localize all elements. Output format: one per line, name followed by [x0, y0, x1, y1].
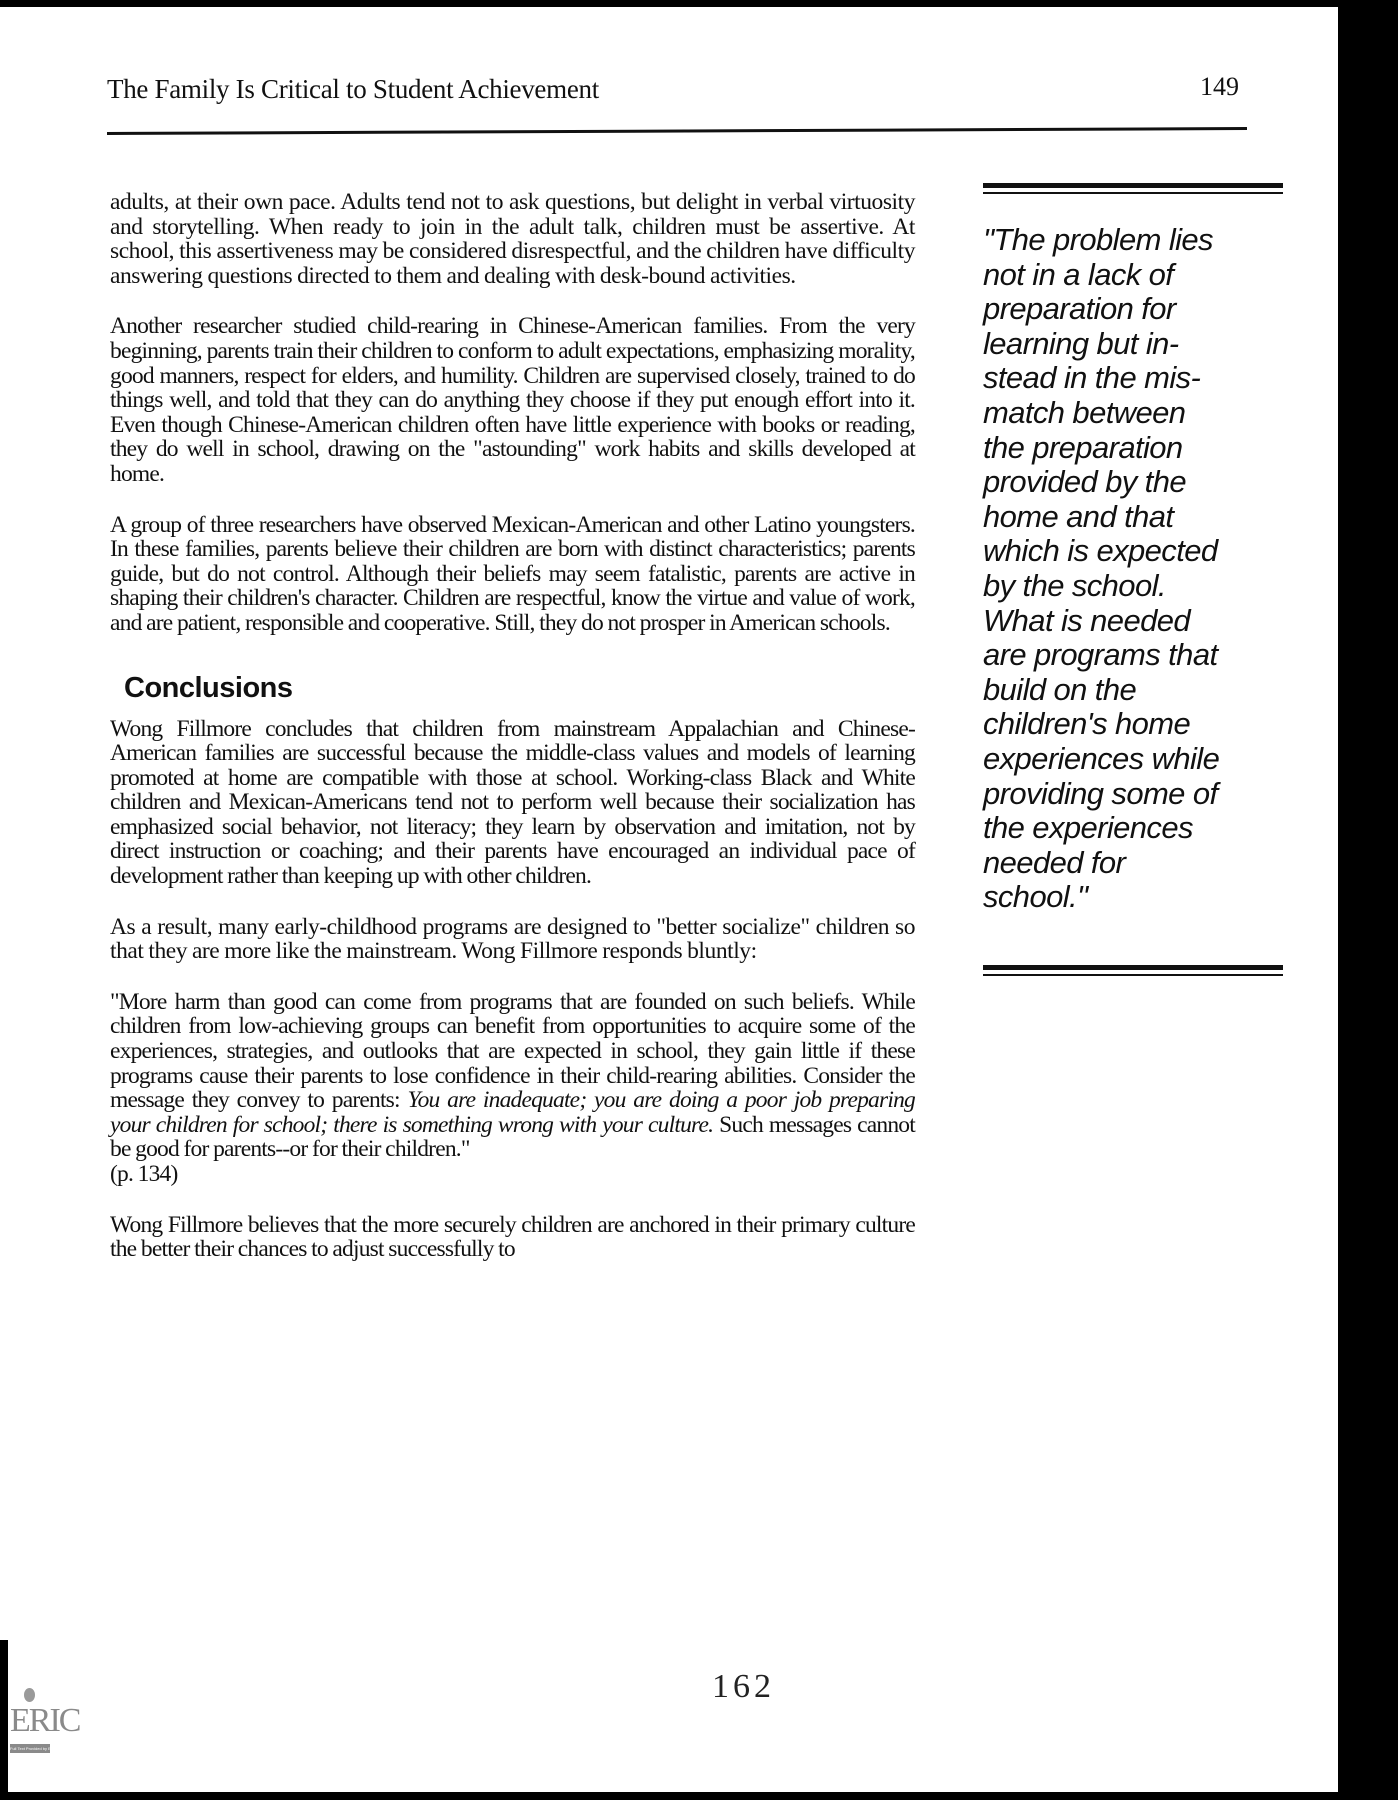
paragraph: A group of three researchers have observ…	[110, 513, 915, 636]
paragraph: Another researcher studied child-rearing…	[110, 314, 915, 486]
pull-quote-line: provided by the	[983, 465, 1283, 500]
section-heading-conclusions: Conclusions	[124, 672, 915, 705]
paragraph: adults, at their own pace. Adults tend n…	[110, 190, 915, 288]
pull-quote-line: providing some of	[983, 777, 1283, 812]
pull-quote-line: school."	[983, 880, 1283, 915]
running-header-title: The Family Is Critical to Student Achiev…	[107, 74, 599, 105]
footer-page-stamp: 162	[712, 1668, 775, 1706]
scan-border-right	[1338, 0, 1398, 1800]
eric-logo: ERIC Full Text Provided by ERIC	[10, 1688, 50, 1768]
pull-quote-line: What is needed	[983, 604, 1283, 639]
block-quote-citation: (p. 134)	[110, 1162, 915, 1187]
pull-quote-line: the preparation	[983, 431, 1283, 466]
pull-quote-sidebar: "The problem lies not in a lack of prepa…	[983, 183, 1283, 979]
pull-quote-line: stead in the mis-	[983, 361, 1283, 396]
pull-quote-line: learning but in-	[983, 327, 1283, 362]
block-quote: "More harm than good can come from progr…	[110, 990, 915, 1187]
eric-logo-tagline: Full Text Provided by ERIC	[10, 1744, 50, 1753]
eric-logo-text: ERIC	[10, 1702, 79, 1740]
pull-quote-line: build on the	[983, 673, 1283, 708]
pull-quote-line: needed for	[983, 846, 1283, 881]
main-text-column: adults, at their own pace. Adults tend n…	[110, 190, 915, 1288]
pull-quote-line: which is expected	[983, 534, 1283, 569]
header-rule	[107, 127, 1247, 135]
pull-quote-line: home and that	[983, 500, 1283, 535]
pull-quote-line: the experiences	[983, 811, 1283, 846]
pull-quote-line: are programs that	[983, 638, 1283, 673]
pull-quote-line: match between	[983, 396, 1283, 431]
pull-quote-line: not in a lack of	[983, 258, 1283, 293]
paragraph: Wong Fillmore concludes that children fr…	[110, 717, 915, 889]
sidebar-top-rule	[983, 183, 1283, 197]
scan-border-bottom	[0, 1792, 1398, 1800]
paragraph: Wong Fillmore believes that the more sec…	[110, 1213, 915, 1262]
sidebar-bottom-rule	[983, 965, 1283, 979]
pull-quote-line: experiences while	[983, 742, 1283, 777]
pull-quote-line: "The problem lies	[983, 223, 1283, 258]
scan-border-left	[0, 1640, 8, 1800]
pull-quote-line: children's home	[983, 707, 1283, 742]
paragraph: As a result, many early-childhood progra…	[110, 915, 915, 964]
globe-icon	[24, 1688, 35, 1702]
pull-quote: "The problem lies not in a lack of prepa…	[983, 223, 1283, 915]
page-number: 149	[1200, 72, 1239, 102]
pull-quote-line: preparation for	[983, 292, 1283, 327]
pull-quote-line: by the school.	[983, 569, 1283, 604]
scan-border-top	[0, 0, 1398, 7]
